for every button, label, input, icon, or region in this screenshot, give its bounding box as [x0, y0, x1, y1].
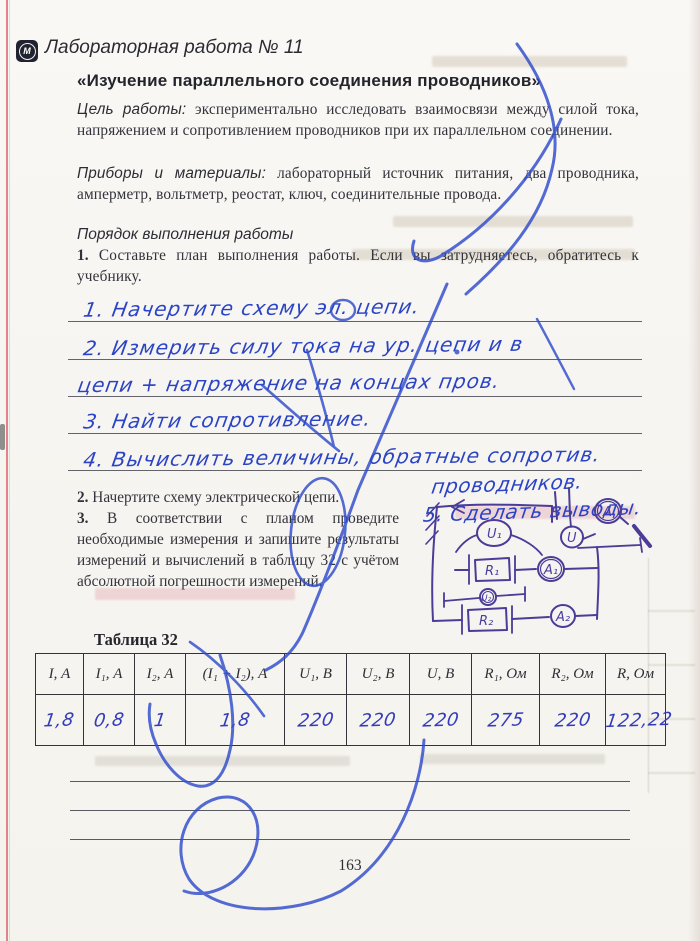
step1-paragraph: 1. Составьте план выполнения работы. Есл…	[77, 246, 639, 287]
ammeter-a1-label: A₁	[543, 563, 558, 578]
step3-number: 3.	[77, 510, 88, 527]
step3-text: В соответствии с планом проведите необхо…	[77, 510, 399, 590]
table-caption: Таблица 32	[94, 630, 178, 650]
ghost-showthrough	[432, 56, 627, 67]
ghost-showthrough	[420, 754, 605, 764]
value-cell: 220	[540, 695, 606, 746]
handwritten-plan-line-4: 3. Найти сопротивление.	[68, 398, 642, 434]
page-edge-line	[6, 0, 8, 941]
m-icon-letter: М	[19, 43, 36, 60]
steps-column: 2. Начертите схему электрической цепи. 3…	[77, 487, 399, 592]
value-cell: 1	[135, 695, 186, 746]
voltmeter-u-label: U	[567, 531, 577, 546]
ammeter-a2-label: A₂	[555, 610, 570, 625]
ruled-line	[70, 839, 630, 840]
column-header: R₂, Ом	[540, 654, 606, 695]
resistor-r2-label: R₂	[479, 614, 493, 629]
resistor-r1-label: R₁	[485, 564, 499, 579]
step1-number: 1.	[77, 247, 89, 264]
voltmeter-u2-label: U₂	[481, 594, 492, 604]
step2-text: Начертите схему электрической цепи.	[88, 489, 339, 506]
materials-paragraph: Приборы и материалы: лабораторный источн…	[77, 164, 639, 205]
column-header: R₁, Ом	[472, 654, 540, 695]
column-header: U₁, В	[285, 654, 347, 695]
step2-number: 2.	[77, 489, 88, 506]
circuit-sketch: U₁ R₁ A₁ U A U₂ R₂ A₂	[424, 486, 656, 646]
handwritten-plan-line-5: 4. Вычислить величины, обратные сопротив…	[68, 435, 642, 471]
page-edge-shadow	[688, 0, 700, 941]
column-header: R, Ом	[606, 654, 666, 695]
ghost-showthrough	[393, 216, 633, 227]
ammeter-a-label: A	[602, 505, 612, 520]
results-table: I, А I₁, А I₂, А (I₁ + I₂), А U₁, В U₂, …	[35, 653, 666, 746]
values-row: 1,8 0,8 1 1,8 220 220 220 275 220 122,22	[36, 695, 666, 746]
step3-paragraph: 3. В соответствии с планом проведите нео…	[77, 508, 399, 592]
workbook-page: М Лабораторная работа № 11 «Изучение пар…	[0, 0, 700, 941]
ruled-line	[70, 810, 630, 811]
column-header: I₂, А	[135, 654, 186, 695]
step1-text: Составьте план выполнения работы. Если в…	[77, 247, 639, 285]
value-cell: 275	[472, 695, 540, 746]
voltmeter-u1-label: U₁	[487, 527, 502, 542]
page-edge-line-2	[9, 0, 10, 941]
column-header: I, А	[36, 654, 84, 695]
page-number: 163	[0, 857, 700, 875]
value-cell: 220	[347, 695, 410, 746]
column-header: U, В	[410, 654, 472, 695]
value-cell: 220	[410, 695, 472, 746]
ghost-showthrough	[95, 756, 350, 766]
lab-work-title: Лабораторная работа № 11	[45, 37, 304, 59]
handwritten-plan-line-2: 2. Измерить силу тока на ур. цепи и в	[68, 324, 642, 360]
ruled-line	[70, 781, 630, 782]
handwritten-plan-line-1: 1. Начертите схему эл. цепи.	[68, 286, 642, 322]
work-subject-title: «Изучение параллельного соединения прово…	[77, 71, 639, 91]
value-cell: 1,8	[186, 695, 285, 746]
value-cell: 0,8	[84, 695, 135, 746]
handwritten-plan-line-3: цепи + напряжение на концах пров.	[68, 361, 642, 397]
value-cell: 220	[285, 695, 347, 746]
header-row: I, А I₁, А I₂, А (I₁ + I₂), А U₁, В U₂, …	[36, 654, 666, 695]
materials-label: Приборы и материалы:	[77, 165, 266, 182]
value-cell: 122,22	[606, 695, 666, 746]
column-header: (I₁ + I₂), А	[186, 654, 285, 695]
margin-m-icon: М	[16, 40, 38, 62]
scan-smudge	[0, 424, 5, 450]
goal-label: Цель работы:	[77, 101, 186, 118]
step2-paragraph: 2. Начертите схему электрической цепи.	[77, 487, 399, 508]
column-header: U₂, В	[347, 654, 410, 695]
value-cell: 1,8	[36, 695, 84, 746]
procedure-heading: Порядок выполнения работы	[77, 226, 293, 244]
column-header: I₁, А	[84, 654, 135, 695]
goal-paragraph: Цель работы: экспериментально исследоват…	[77, 100, 639, 141]
